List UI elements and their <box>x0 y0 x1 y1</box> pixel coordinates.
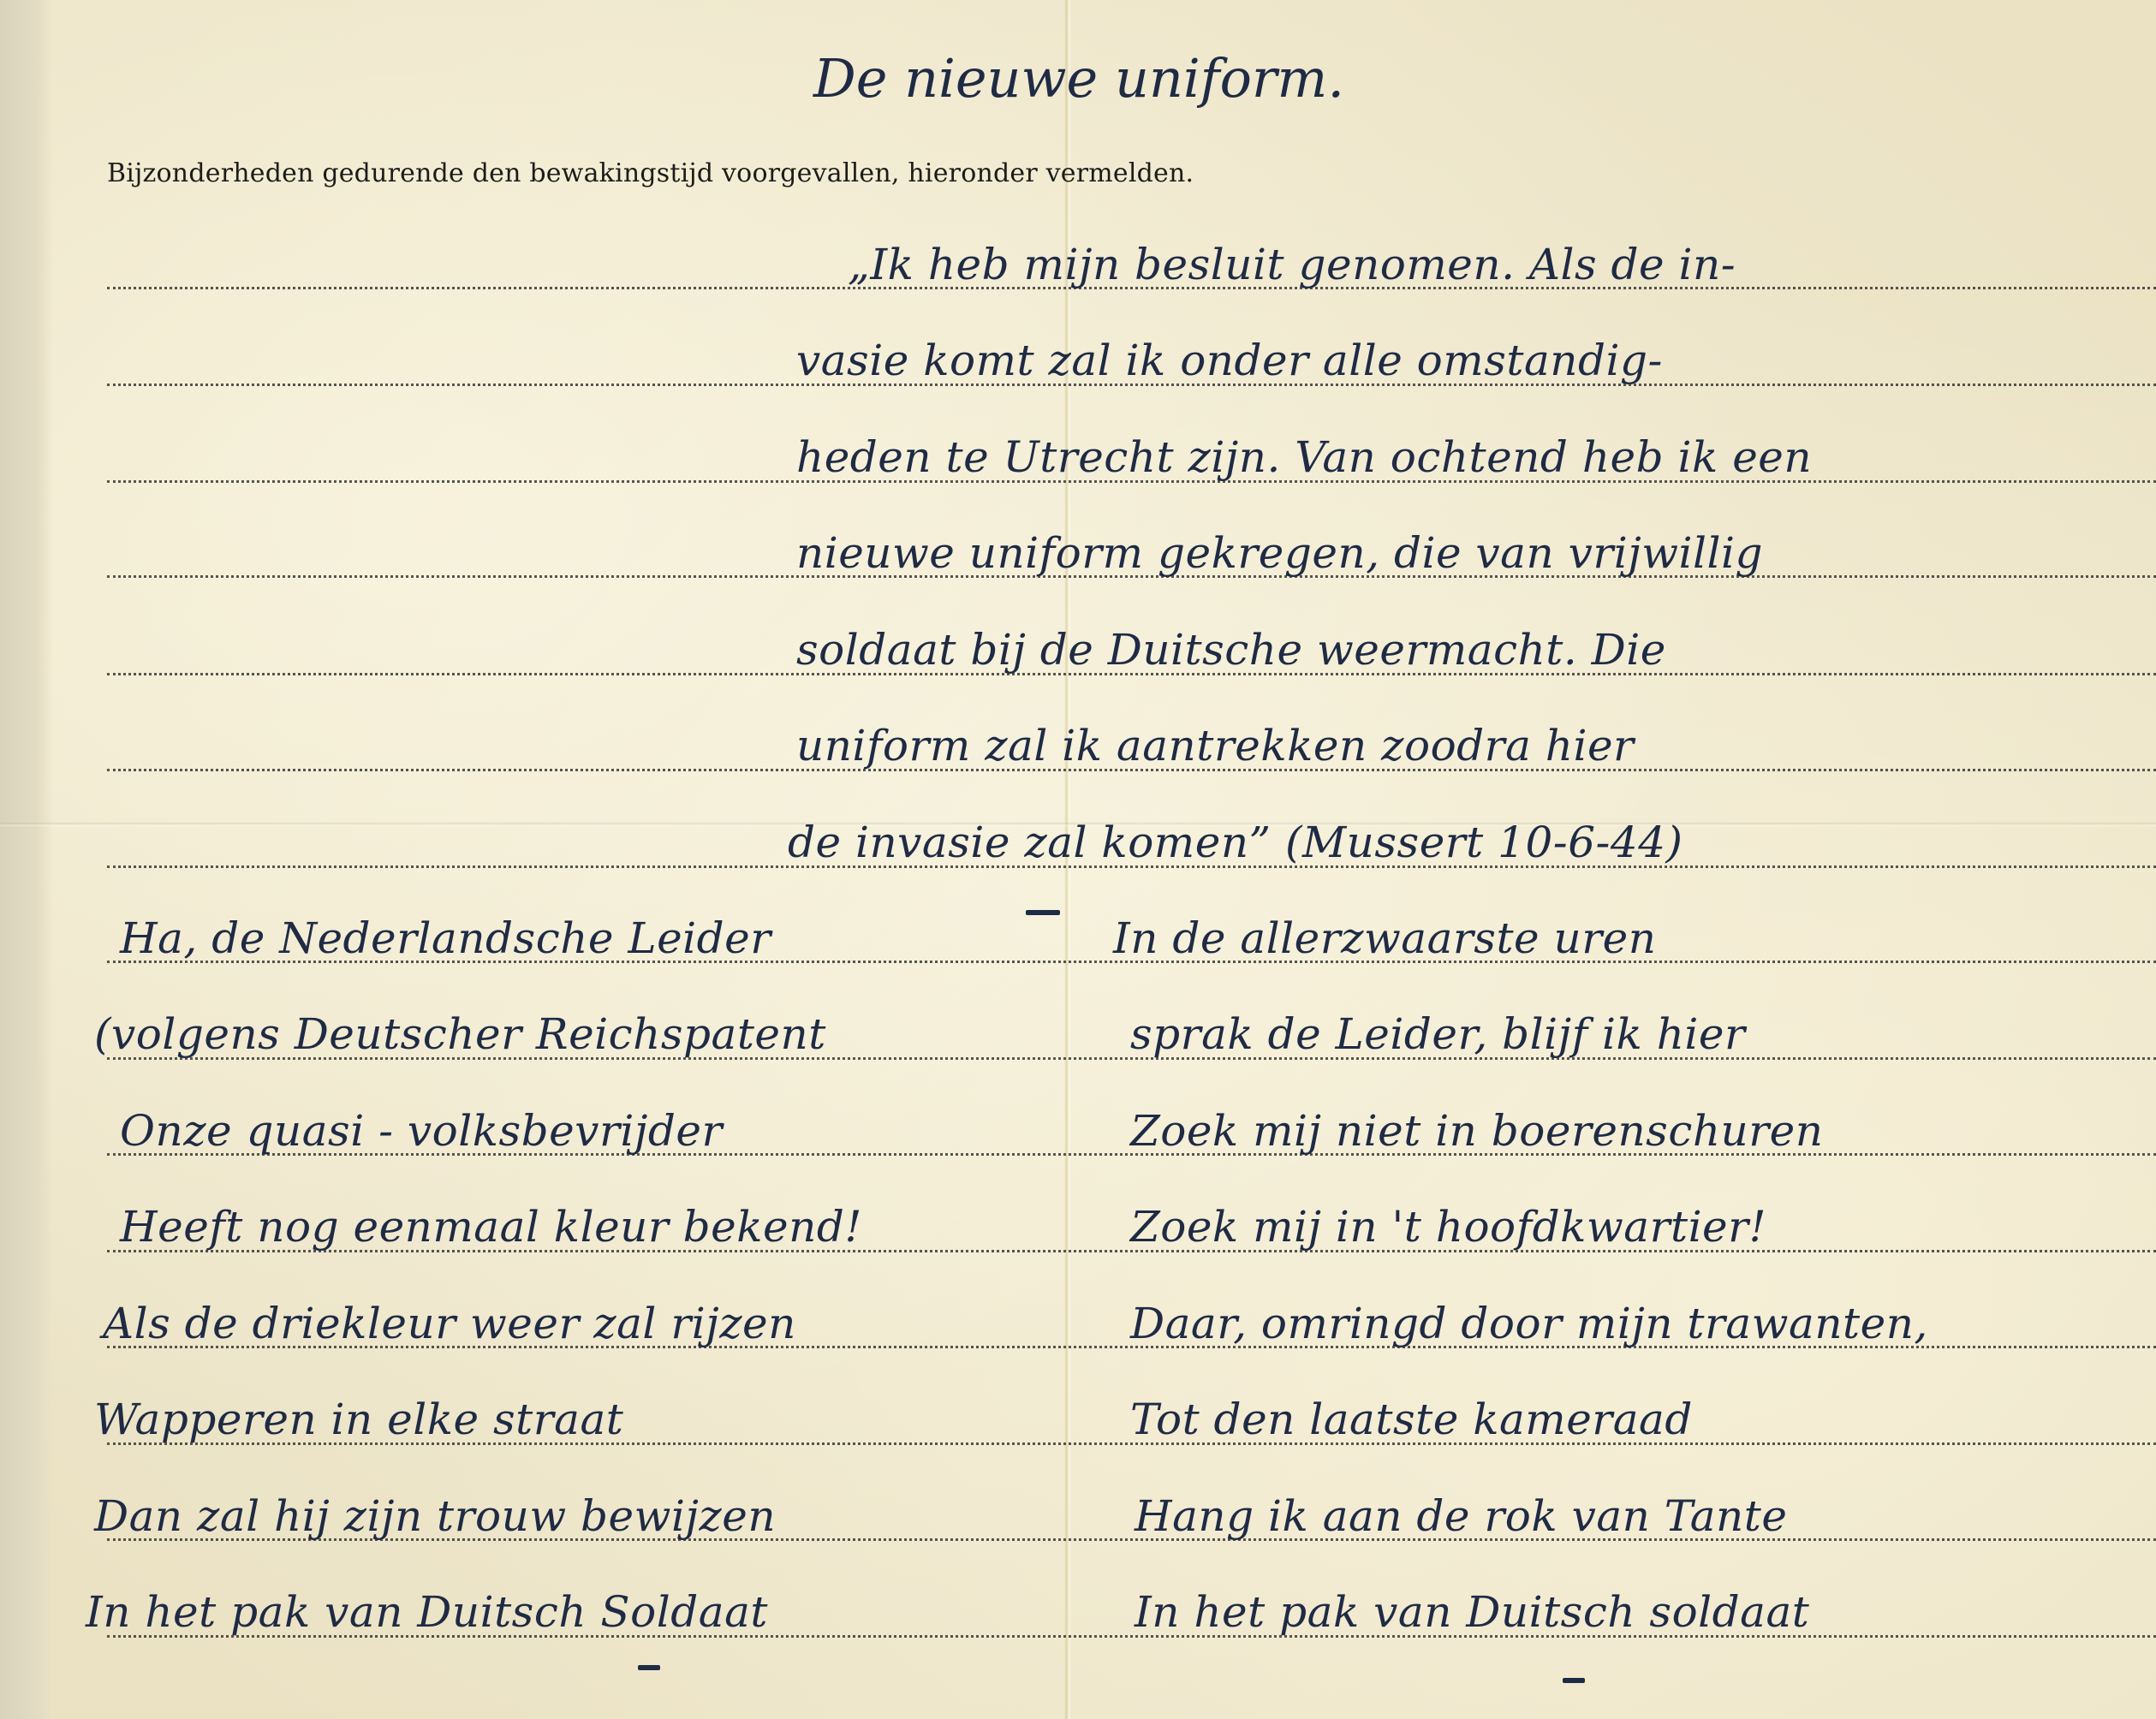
poem-line: Zoek mij niet in boerenschuren <box>1130 1106 1823 1156</box>
ink-dash-mark <box>1026 910 1060 915</box>
poem-line: In het pak van Duitsch Soldaat <box>86 1587 768 1637</box>
quote-line: soldaat bij de Duitsche weermacht. Die <box>796 625 1666 675</box>
printed-form-header: Bijzonderheden gedurende den bewakingsti… <box>107 158 1194 188</box>
ink-dash-mark <box>1563 1678 1585 1683</box>
poem-line: (volgens Deutscher Reichspatent <box>94 1009 826 1059</box>
page-edge-shadow <box>0 0 53 1719</box>
quote-line: de invasie zal komen” (Mussert 10-6-44) <box>788 818 1683 867</box>
poem-line: In de allerzwaarste uren <box>1113 913 1656 963</box>
poem-line: In het pak van Duitsch soldaat <box>1135 1587 1809 1637</box>
poem-line: Tot den laatste kameraad <box>1130 1395 1693 1444</box>
poem-line: Zoek mij in 't hoofdkwartier! <box>1130 1202 1766 1252</box>
poem-line: Daar, omringd door mijn trawanten, <box>1130 1299 1928 1348</box>
poem-line: sprak de Leider, blijf ik hier <box>1130 1009 1745 1059</box>
poem-line: Als de driekleur weer zal rijzen <box>103 1299 796 1348</box>
poem-line: Ha, de Nederlandsche Leider <box>120 913 771 963</box>
quote-line: heden te Utrecht zijn. Van ochtend heb i… <box>796 432 1812 482</box>
poem-line: Onze quasi - volksbevrijder <box>120 1106 723 1156</box>
handwritten-title: De nieuwe uniform. <box>813 47 1344 110</box>
quote-line: uniform zal ik aantrekken zoodra hier <box>796 721 1634 770</box>
poem-line: Wapperen in elke straat <box>94 1395 623 1444</box>
quote-line: vasie komt zal ik onder alle omstandig- <box>796 336 1663 385</box>
poem-line: Dan zal hij zijn trouw bewijzen <box>94 1491 776 1541</box>
poem-line: Heeft nog eenmaal kleur bekend! <box>120 1202 862 1252</box>
quote-line: „Ik heb mijn besluit genomen. Als de in- <box>848 240 1736 289</box>
quote-line: nieuwe uniform gekregen, die van vrijwil… <box>796 528 1763 578</box>
ink-dash-mark <box>638 1665 660 1670</box>
poem-line: Hang ik aan de rok van Tante <box>1135 1491 1787 1541</box>
